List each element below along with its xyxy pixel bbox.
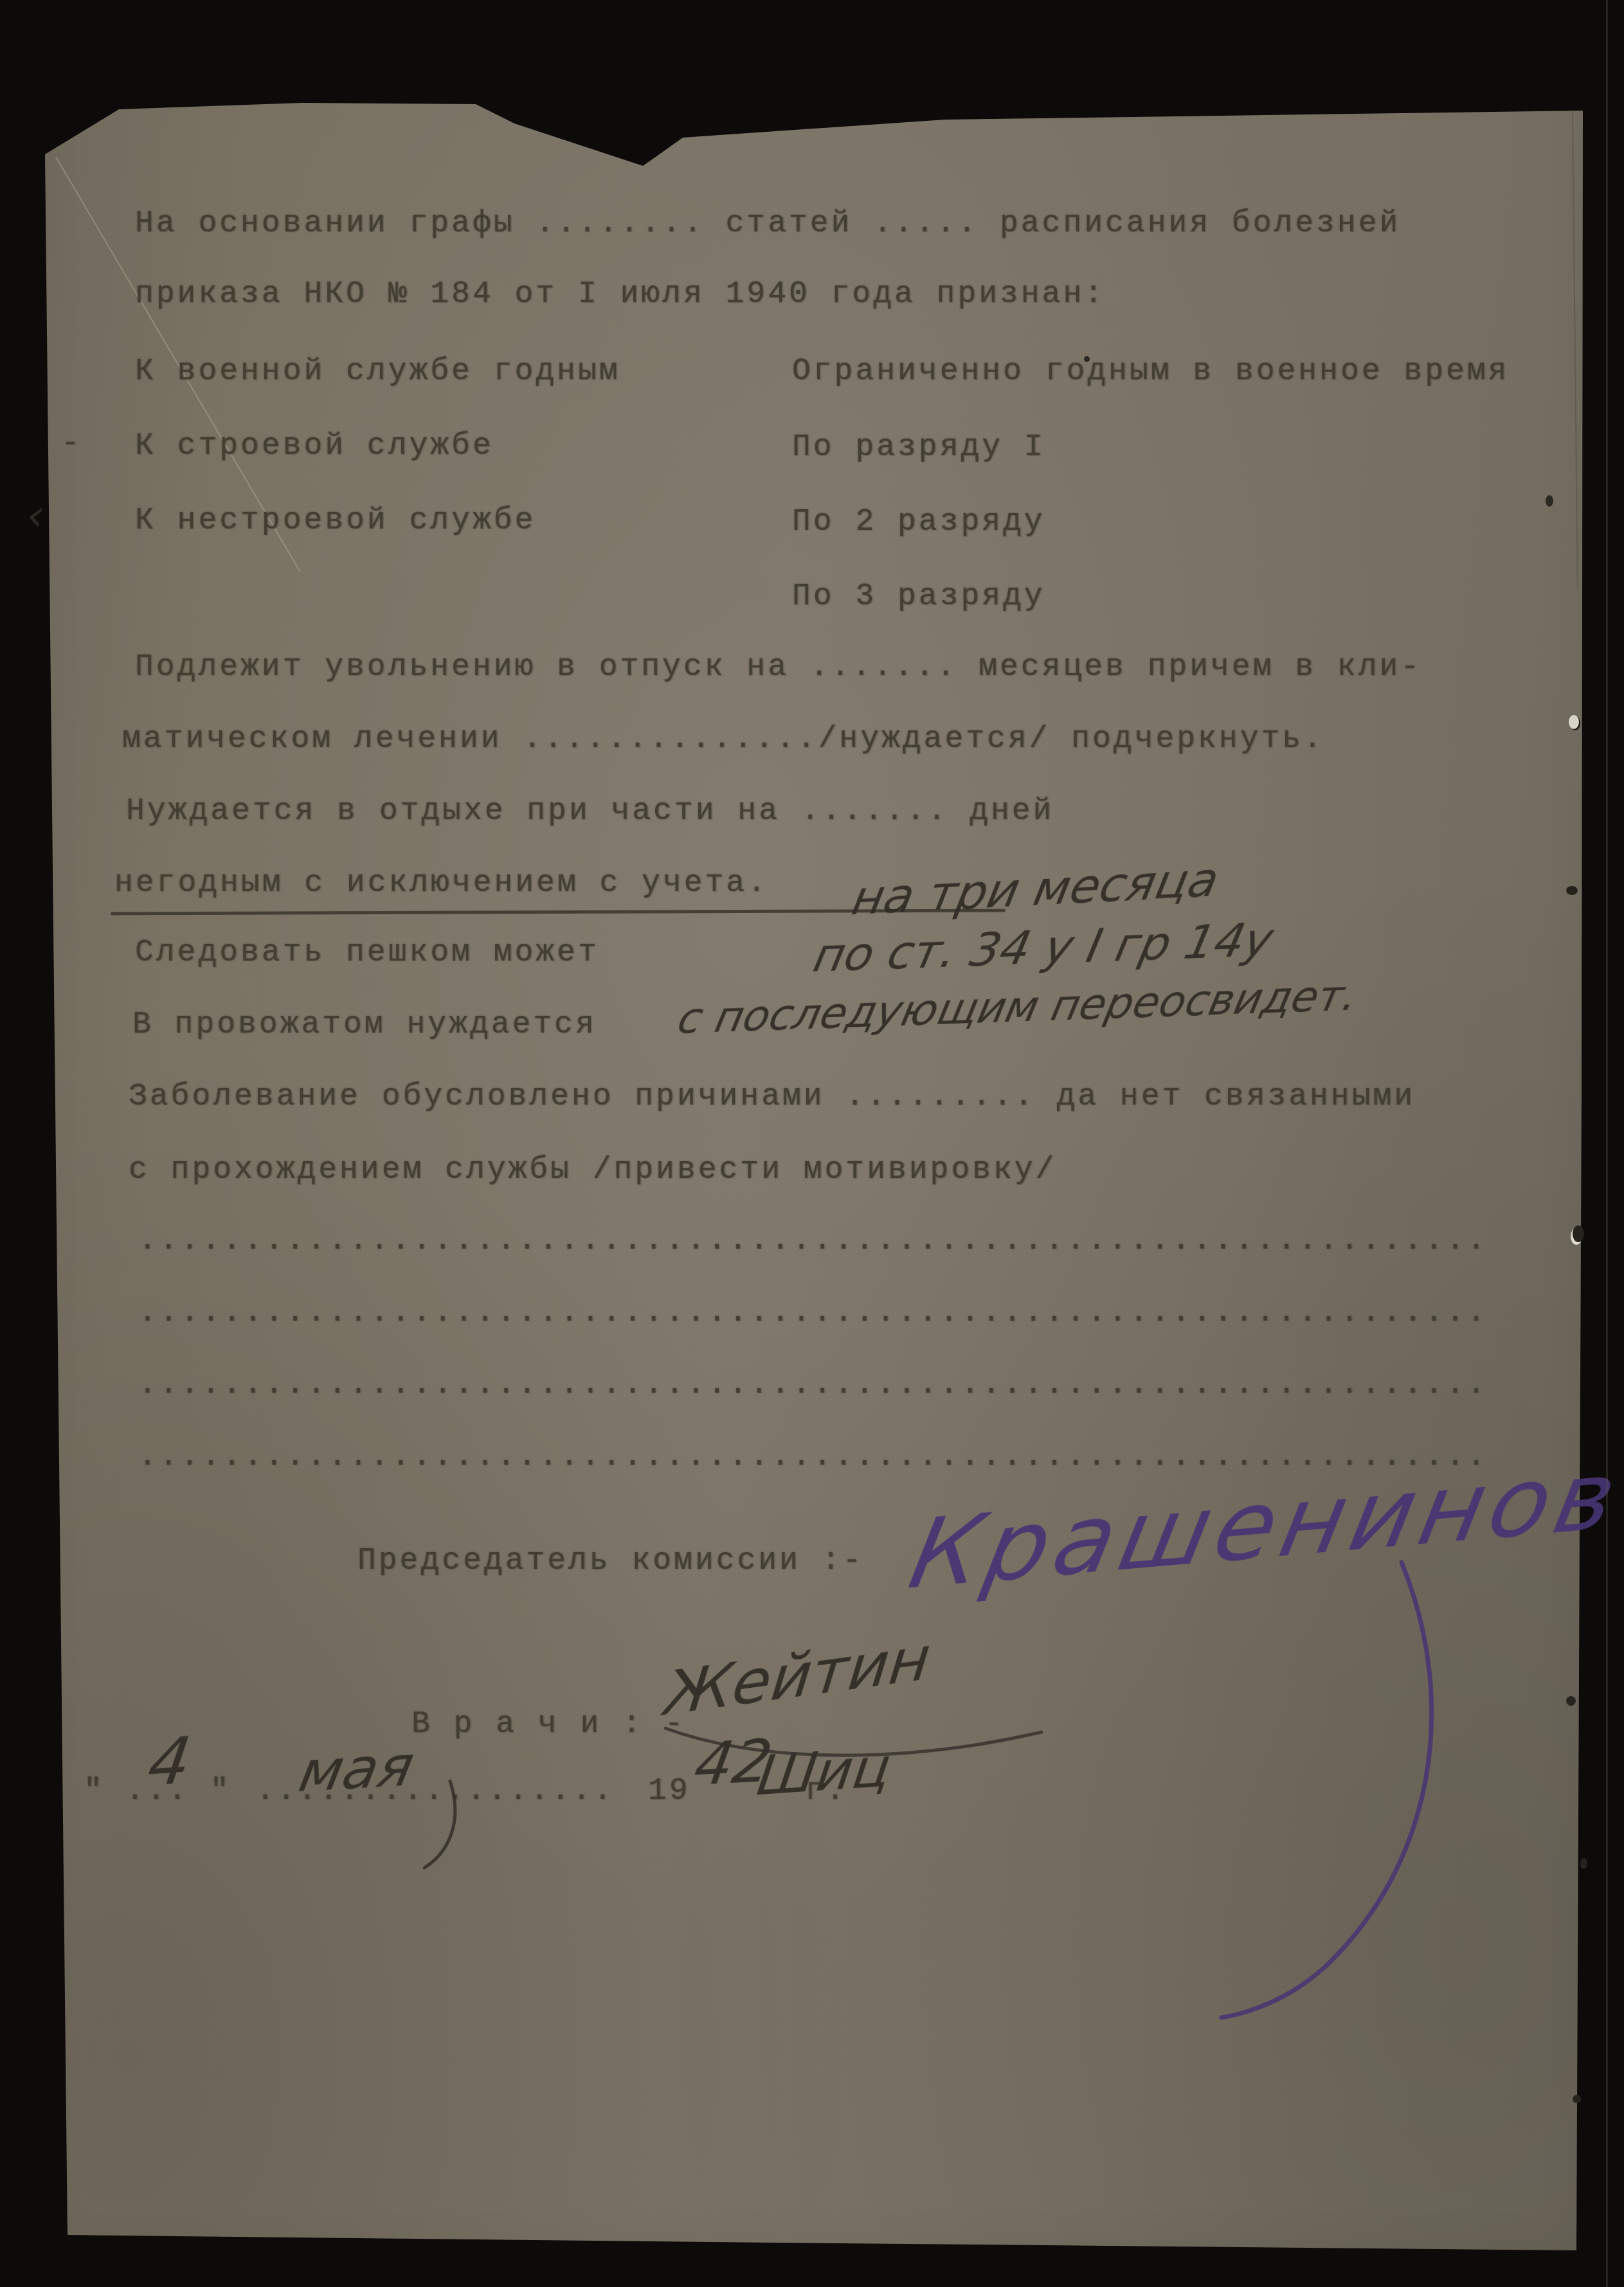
paper-hole [1569,715,1579,729]
paper-speck [1566,1696,1576,1706]
fitness-right-class3: По 3 разряду [792,577,1045,616]
date-year-suffix: г. [805,1772,847,1811]
leave-line-2: матическом лечении ............../нуждае… [122,720,1324,759]
leave-line-4-unfit: негодным с исключением с учета. [114,864,768,903]
basis-line-1: На основании графы ........ статей .....… [135,204,1400,243]
date-year-typed: 19 [648,1772,690,1811]
fitness-left-noncombat: К нестроевой службе [135,502,536,540]
fitness-right-limited: Ограниченно годным в военное время [792,352,1509,391]
paper-speck [1084,356,1090,362]
dotted-rule-3: ........................................… [138,1366,1488,1404]
fitness-right-class2: По 2 разряду [792,503,1045,541]
leave-line-3: Нуждается в отдыхе при части на ....... … [126,792,1054,831]
document-paper [0,0,1624,2287]
fitness-left-combat: К военной службе годным [135,352,620,391]
doctors-label: В р а ч и : - [411,1705,685,1744]
illness-line-1: Заболевание обусловлено причинами ......… [129,1078,1415,1116]
leave-line-1: Подлежит увольнению в отпуск на ....... … [135,648,1421,687]
mobility-line-1: Следовать пешком может [135,934,599,972]
margin-check-mark: ‹ [27,489,45,541]
paper-speck [1580,1858,1587,1869]
photo-edge-artifact [1606,0,1608,2287]
paper-hole [1573,1225,1584,1242]
date-month-handwritten: мая [294,1733,420,1805]
paper-speck [1546,495,1553,507]
mobility-line-2: В провожатом нуждается [132,1006,597,1044]
illness-line-2: с прохождением службы /привести мотивиро… [129,1151,1056,1189]
date-year-handwritten: 42 [690,1726,777,1799]
paper-speck [1566,886,1578,895]
fitness-left-line: К строевой службе [135,427,494,466]
margin-dash-mark: - [61,424,82,463]
chairman-label: Председатель комиссии :- [357,1542,863,1580]
fitness-right-class1: По разряду I [792,428,1045,467]
paper-speck [1573,2095,1581,2103]
dotted-rule-1: ........................................… [138,1222,1488,1260]
dotted-rule-2: ........................................… [138,1294,1488,1332]
scanned-photo: На основании графы ........ статей .....… [0,0,1624,2287]
basis-line-2: приказа НКО № 184 от I июля 1940 года пр… [135,275,1105,314]
